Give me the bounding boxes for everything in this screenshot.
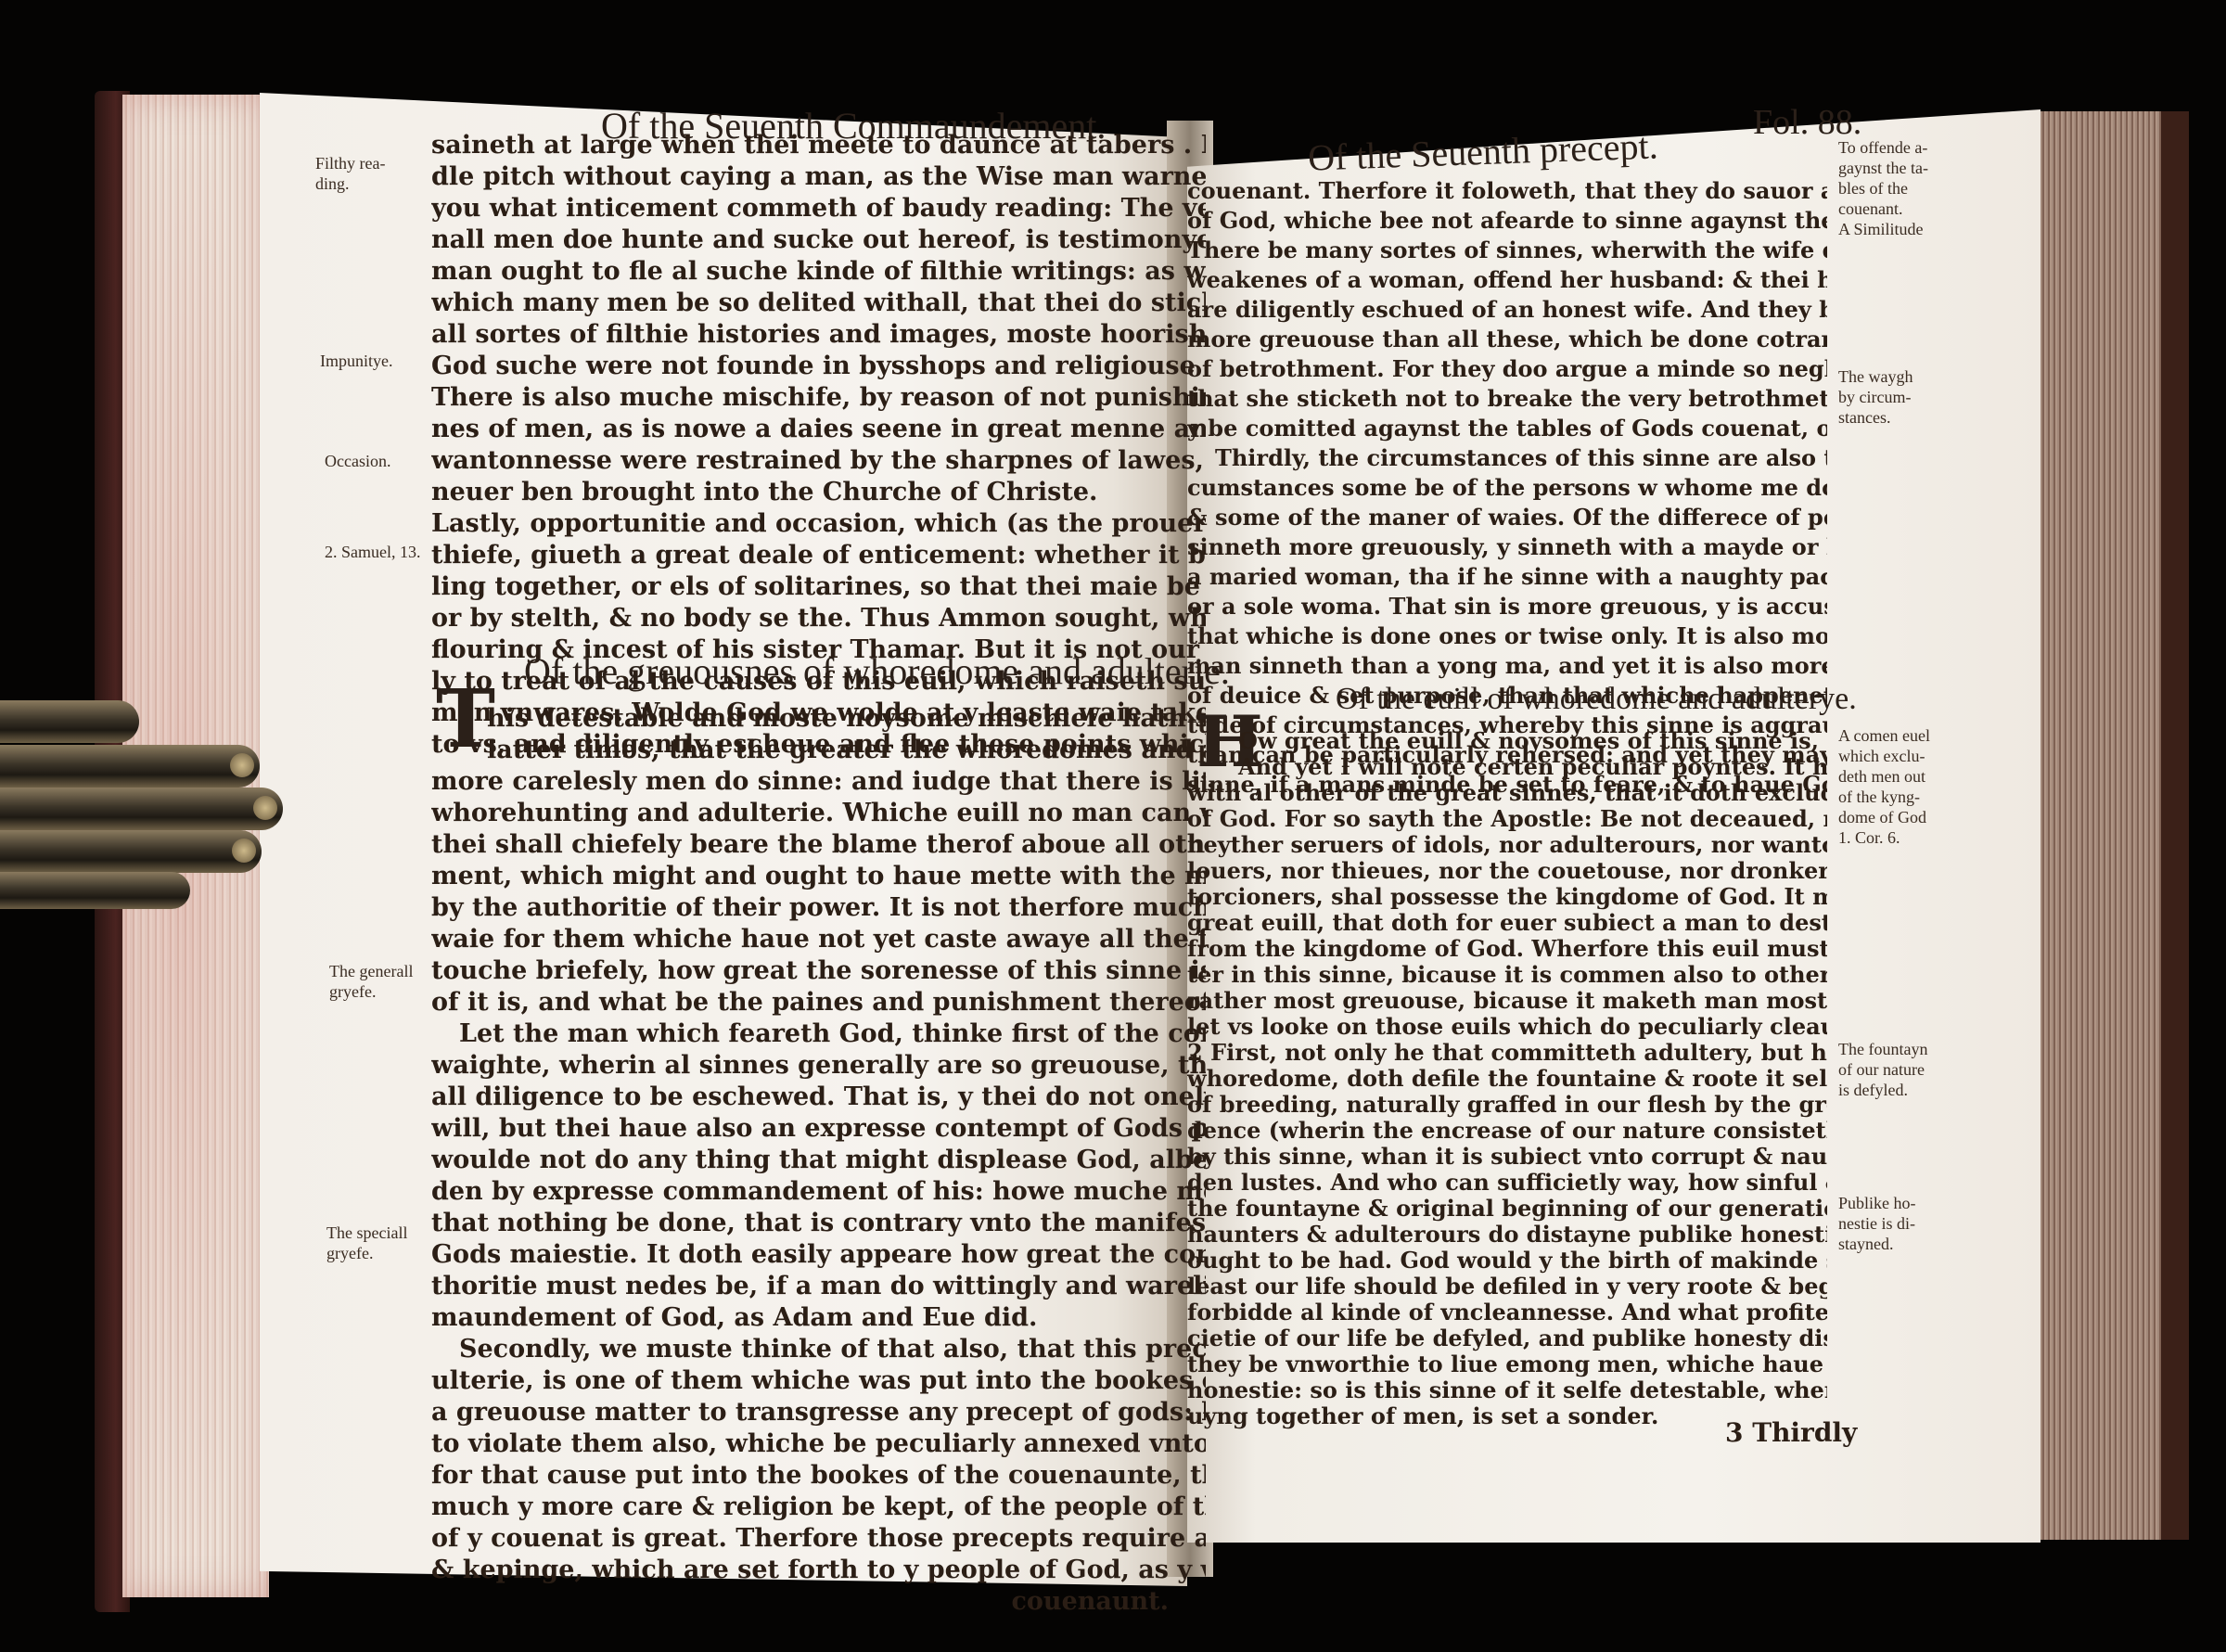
text-line: There be many sortes of sinnes, wherwith… — [1187, 236, 1827, 265]
text-line: man sinneth than a yong ma, and yet it i… — [1187, 651, 1827, 681]
fingernail — [253, 796, 277, 820]
text-line: ter in this sinne, bicause it is commen … — [1187, 962, 1827, 988]
text-line: forbidde al kinde of vncleannesse. And w… — [1187, 1300, 1827, 1325]
text-line: that nothing be done, that is contrary v… — [431, 1208, 1206, 1239]
fingernail — [232, 839, 256, 863]
text-line: least our life should be defiled in y ve… — [1187, 1274, 1827, 1300]
left-section-heading: Of the greuousnes of whoredome and adult… — [524, 649, 1230, 693]
text-line: 2 First, not only he that committeth adu… — [1187, 1040, 1827, 1066]
text-line: more greuouse than all these, which be d… — [1187, 325, 1827, 354]
text-line: the fountayne & original beginning of ou… — [1187, 1196, 1827, 1222]
text-line: wantonnesse were restrained by the sharp… — [431, 445, 1206, 477]
text-line: thei shall chiefely beare the blame ther… — [431, 829, 1206, 861]
text-line: thoritie must nedes be, if a man do witt… — [431, 1271, 1206, 1302]
text-line: saineth at large when thei meete to daun… — [431, 130, 1206, 161]
text-line: nall men doe hunte and sucke out hereof,… — [431, 224, 1206, 256]
text-line: sinneth more greuously, y sinneth with a… — [1187, 532, 1827, 562]
text-line: Gods maiestie. It doth easily appeare ho… — [431, 1239, 1206, 1271]
text-line: nes of men, as is nowe a daies seene in … — [431, 414, 1206, 445]
text-line: Let the man which feareth God, thinke fi… — [431, 1018, 1206, 1050]
hand-finger — [0, 788, 283, 830]
text-line: There is also muche mischife, by reason … — [431, 382, 1206, 414]
text-line: or by stelth, & no body se the. Thus Amm… — [431, 603, 1206, 634]
text-line: whorehunting and adulterie. Whiche euill… — [431, 798, 1206, 829]
text-line: dence (wherin the encrease of our nature… — [1187, 1118, 1827, 1144]
text-line: or a sole woma. That sin is more greuous… — [1187, 592, 1827, 621]
text-line: thiefe, giueth a great deale of enticeme… — [431, 540, 1206, 571]
text-line: couenant. Therfore it foloweth, that the… — [1187, 176, 1827, 206]
right-cover — [2161, 111, 2189, 1540]
margin-note: A comen euel which exclu- deth men out o… — [1838, 725, 1930, 848]
margin-note: Impunitye. — [320, 351, 393, 371]
text-line: cietie of our life be defyled, and publi… — [1187, 1325, 1827, 1351]
right-body-bottom: Ow great the euill & noysomes of this si… — [1187, 728, 1827, 1429]
bronze-hand-book-weight — [0, 682, 264, 895]
text-line: great euill, that doth for euer subiect … — [1187, 910, 1827, 936]
text-line: touche briefely, how great the sorenesse… — [431, 955, 1206, 987]
margin-note: The fountayn of our nature is defyled. — [1838, 1039, 1927, 1100]
text-line: much y more care & religion be kept, of … — [431, 1492, 1206, 1523]
text-line: And yet I will note certen peculiar poyn… — [1187, 754, 1827, 780]
left-body-bottom: his detestable and moste noysome mischie… — [431, 703, 1206, 1618]
text-line: of breeding, naturally graffed in our fl… — [1187, 1092, 1827, 1118]
text-line: neyther seruers of idols, nor adulterour… — [1187, 832, 1827, 858]
text-line: to violate them also, whiche be peculiar… — [431, 1428, 1206, 1460]
text-line: let vs looke on those euils which do pec… — [1187, 1014, 1827, 1040]
text-line: & kepinge, which are set forth to y peop… — [431, 1555, 1206, 1586]
text-line: ling together, or els of solitarines, so… — [431, 571, 1206, 603]
margin-note: To offende a- gaynst the ta- bles of the… — [1838, 137, 1928, 239]
text-line: whoredome, doth defile the fountaine & r… — [1187, 1066, 1827, 1092]
margin-note: The speciall gryefe. — [326, 1223, 407, 1263]
text-line: Thirdly, the circumstances of this sinne… — [1187, 443, 1827, 473]
text-line: ment, which might and ought to haue mett… — [431, 861, 1206, 892]
text-line: of it is, and what be the paines and pun… — [431, 987, 1206, 1018]
text-line: more carelesly men do sinne: and iudge t… — [431, 766, 1206, 798]
text-line: honestie: so is this sinne of it selfe d… — [1187, 1377, 1827, 1403]
margin-note: Occasion. — [325, 451, 390, 471]
text-line: by this sinne, whan it is subiect vnto c… — [1187, 1144, 1827, 1170]
text-line: den lustes. And who can sufficietly way,… — [1187, 1170, 1827, 1196]
text-line: ought to be had. God would y the birth o… — [1187, 1248, 1827, 1274]
margin-note: Filthy rea- ding. — [315, 153, 385, 194]
text-line: y be comitted agaynst the tables of Gods… — [1187, 414, 1827, 443]
text-line: with al other of the great sinnes, that … — [1187, 780, 1827, 806]
text-line: a greuouse matter to transgresse any pre… — [431, 1397, 1206, 1428]
text-line: weakenes of a woman, offend her husband:… — [1187, 265, 1827, 295]
text-line: haunters & adulterours do distayne publi… — [1187, 1222, 1827, 1248]
text-line: by the authoritie of their power. It is … — [431, 892, 1206, 924]
text-line: which many men be so delited withall, th… — [431, 288, 1206, 319]
text-line: all diligence to be eschewed. That is, y… — [431, 1082, 1206, 1113]
text-line: Lastly, opportunitie and occasion, which… — [431, 508, 1206, 540]
text-line: neuer ben brought into the Churche of Ch… — [431, 477, 1206, 508]
text-line: you what inticement commeth of baudy rea… — [431, 193, 1206, 224]
margin-note: Publike ho- nestie is di- stayned. — [1838, 1193, 1916, 1254]
text-line: waie for them whiche haue not yet caste … — [431, 924, 1206, 955]
text-line: a maried woman, tha if he sinne with a n… — [1187, 562, 1827, 592]
text-line: & some of the maner of waies. Of the dif… — [1187, 503, 1827, 532]
text-line: for that cause put into the bookes of th… — [431, 1460, 1206, 1492]
text-line: Ow great the euill & noysomes of this si… — [1187, 728, 1827, 754]
text-line: will, but thei haue also an expresse con… — [431, 1113, 1206, 1145]
text-line: of God, whiche bee not afearde to sinne … — [1187, 206, 1827, 236]
hand-finger — [0, 745, 260, 788]
text-line: torcioners, shal possesse the kingdome o… — [1187, 884, 1827, 910]
text-line: ulterie, is one of them whiche was put i… — [431, 1365, 1206, 1397]
text-line: couenaunt. — [431, 1586, 1206, 1618]
text-line: of betrothment. For they doo argue a min… — [1187, 354, 1827, 384]
text-line: of God. For so sayth the Apostle: Be not… — [1187, 806, 1827, 832]
text-line: his detestable and moste noysome mischie… — [431, 703, 1206, 735]
margin-note: The waygh by circum- stances. — [1838, 366, 1913, 428]
text-line: woulde not do any thing that might displ… — [431, 1145, 1206, 1176]
text-line: that whiche is done ones or twise only. … — [1187, 621, 1827, 651]
text-line: of y couenat is great. Therfore those pr… — [431, 1523, 1206, 1555]
right-section-heading: Of the euill of whoredome and adulterye. — [1336, 682, 1857, 717]
text-line: Secondly, we muste thinke of that also, … — [431, 1334, 1206, 1365]
fingernail — [230, 753, 254, 777]
text-line: waighte, wherin al sinnes generally are … — [431, 1050, 1206, 1082]
text-line: latter times, that the greater the whore… — [431, 735, 1206, 766]
text-line: maundement of God, as Adam and Eue did. — [431, 1302, 1206, 1334]
text-line: louers, nor thieues, nor the couetouse, … — [1187, 858, 1827, 884]
hand-finger — [0, 700, 139, 743]
text-line: from the kingdome of God. Wherfore this … — [1187, 936, 1827, 962]
text-line: man ought to fle al suche kinde of filth… — [431, 256, 1206, 288]
catchword: 3 Thirdly — [1725, 1417, 1857, 1449]
hand-thumb — [0, 872, 190, 909]
text-line: God suche were not founde in bysshops an… — [431, 351, 1206, 382]
margin-note: 2. Samuel, 13. — [325, 542, 421, 562]
margin-note: The generall gryefe. — [329, 961, 413, 1002]
hand-finger — [0, 830, 262, 873]
text-line: dle pitch without caying a man, as the W… — [431, 161, 1206, 193]
text-line: all sortes of filthie histories and imag… — [431, 319, 1206, 351]
text-line: rather most greuouse, bicause it maketh … — [1187, 988, 1827, 1014]
text-line: are diligently eschued of an honest wife… — [1187, 295, 1827, 325]
right-page-edges — [2040, 111, 2170, 1540]
text-line: they be vnworthie to liue emong men, whi… — [1187, 1351, 1827, 1377]
text-line: cumstances some be of the persons w whom… — [1187, 473, 1827, 503]
text-line: that she sticketh not to breake the very… — [1187, 384, 1827, 414]
text-line: den by expresse commandement of his: how… — [431, 1176, 1206, 1208]
